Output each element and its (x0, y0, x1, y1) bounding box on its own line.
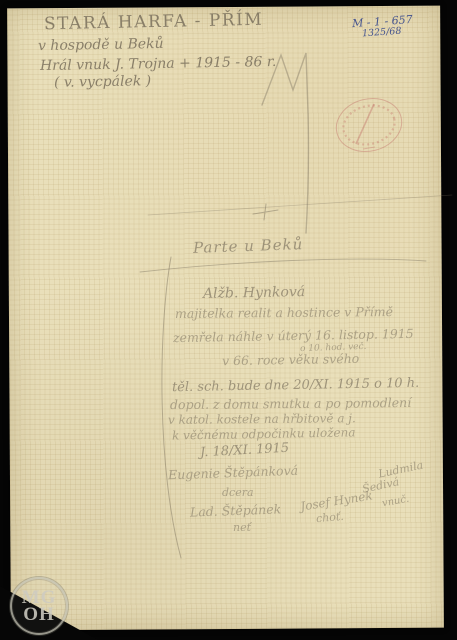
parte-heading: Parte u Beků (193, 235, 304, 257)
signature-daughter-role: dcera (222, 486, 254, 499)
watermark-line-2: OH (23, 606, 55, 623)
scanned-document: STARÁ HARFA - PŘÍM v hospodě u Beků Hrál… (0, 0, 457, 640)
signature-grandchild: Lad. Štěpánek (190, 501, 282, 519)
body-line-age: v 66. roce věku svého (222, 351, 360, 368)
body-line-funeral-from: dopol. z domu smutku a po pomodlení (170, 395, 411, 412)
body-line-church: v katol. kostele na hřbitově a j. (168, 411, 356, 427)
title-line-4: ( v. vycpálek ) (54, 73, 151, 91)
signature-spouse-role: choť. (315, 510, 344, 525)
signature-grandchild-role: neť (233, 521, 251, 534)
mgoh-watermark-icon: MG OH (10, 577, 68, 635)
title-line-2: v hospodě u Beků (38, 36, 164, 54)
body-line-occupation: majitelka realit a hostince v Přímě (175, 304, 393, 321)
body-line-name: Alžb. Hynková (203, 284, 305, 302)
